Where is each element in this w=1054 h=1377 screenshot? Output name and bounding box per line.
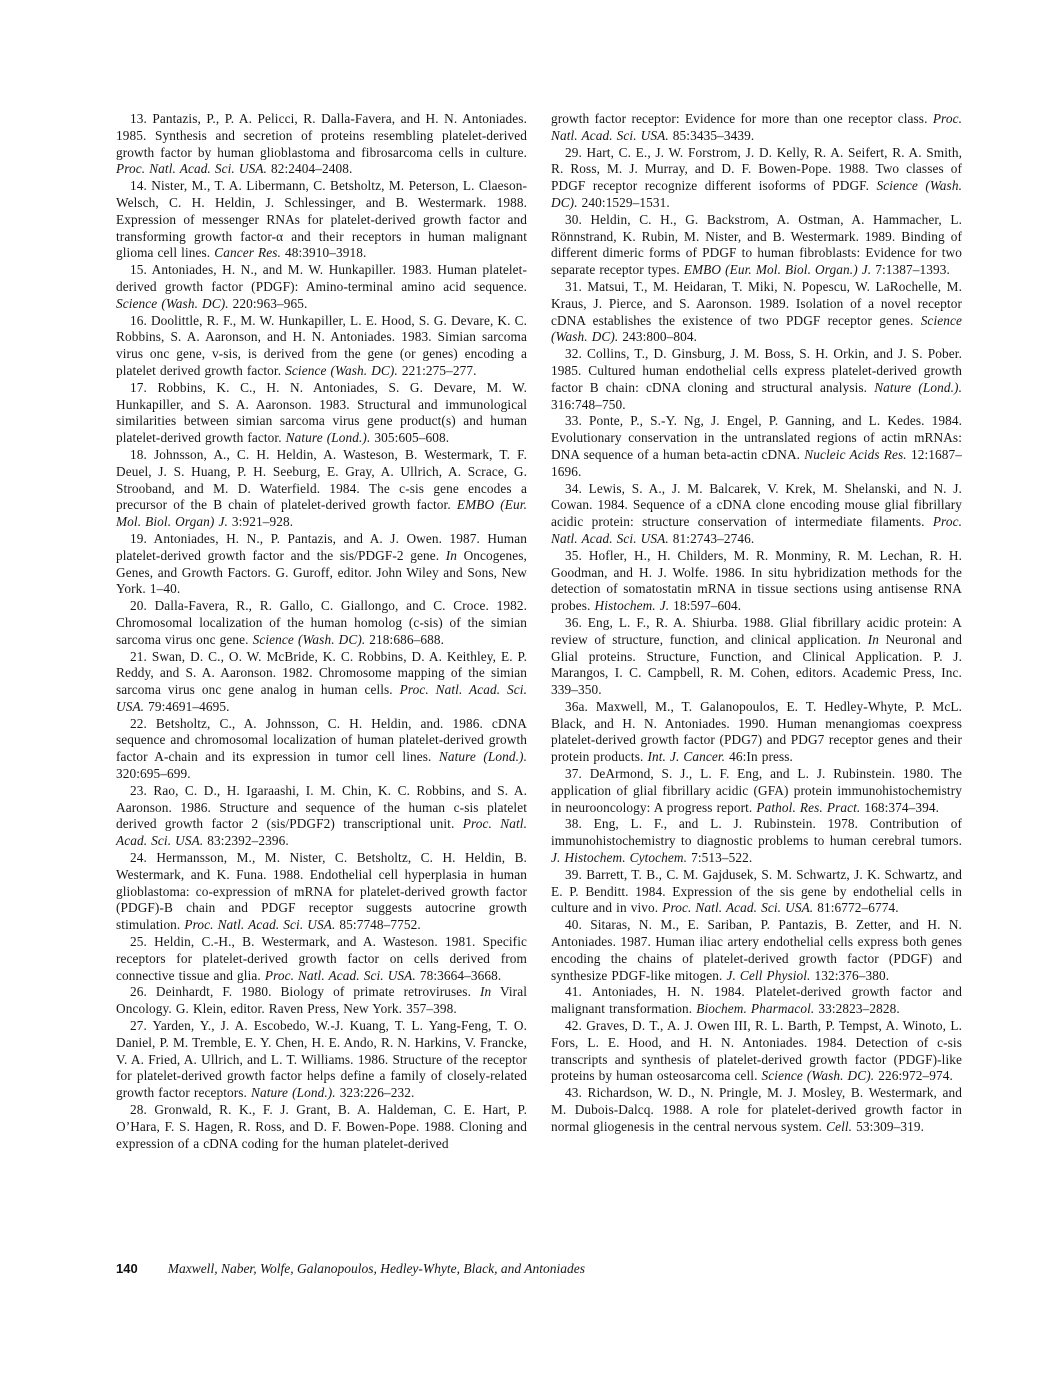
- reference-entry: 23. Rao, C. D., H. Igaraashi, I. M. Chin…: [116, 783, 527, 850]
- reference-text: 38. Eng, L. F., and L. J. Rubinstein. 19…: [551, 816, 962, 848]
- reference-entry: 26. Deinhardt, F. 1980. Biology of prima…: [116, 984, 527, 1018]
- reference-entry: 29. Hart, C. E., J. W. Forstrom, J. D. K…: [551, 145, 962, 212]
- reference-journal: Biochem. Pharmacol.: [696, 1001, 814, 1016]
- reference-journal: In: [868, 632, 879, 647]
- running-title: Maxwell, Naber, Wolfe, Galanopoulos, Hed…: [168, 1261, 585, 1276]
- reference-text: 34. Lewis, S. A., J. M. Balcarek, V. Kre…: [551, 481, 962, 530]
- reference-entry: 18. Johnsson, A., C. H. Heldin, A. Waste…: [116, 447, 527, 531]
- reference-entry: 33. Ponte, P., S.-Y. Ng, J. Engel, P. Ga…: [551, 413, 962, 480]
- reference-journal: Cell.: [826, 1119, 852, 1134]
- reference-text: 82:2404–2408.: [267, 161, 352, 176]
- reference-entry: 13. Pantazis, P., P. A. Pelicci, R. Dall…: [116, 111, 527, 178]
- reference-journal: J. Histochem. Cytochem.: [551, 850, 687, 865]
- reference-entry: 28. Gronwald, R. K., F. J. Grant, B. A. …: [116, 1102, 527, 1152]
- reference-journal: Science (Wash. DC).: [762, 1068, 875, 1083]
- reference-text: 26. Deinhardt, F. 1980. Biology of prima…: [130, 984, 480, 999]
- reference-entry: 34. Lewis, S. A., J. M. Balcarek, V. Kre…: [551, 481, 962, 548]
- reference-entry: 16. Doolittle, R. F., M. W. Hunkapiller,…: [116, 313, 527, 380]
- reference-entry: 42. Graves, D. T., A. J. Owen III, R. L.…: [551, 1018, 962, 1085]
- reference-text: 320:695–699.: [116, 766, 191, 781]
- reference-journal: Science (Wash. DC).: [116, 296, 229, 311]
- reference-text: 220:963–965.: [229, 296, 308, 311]
- reference-text: 33:2823–2828.: [814, 1001, 899, 1016]
- reference-entry: 24. Hermansson, M., M. Nister, C. Betsho…: [116, 850, 527, 934]
- reference-journal: In: [480, 984, 491, 999]
- journal-page: 13. Pantazis, P., P. A. Pelicci, R. Dall…: [0, 0, 1054, 1377]
- reference-journal: Proc. Natl. Acad. Sci. USA.: [116, 161, 267, 176]
- reference-journal: Proc. Natl. Acad. Sci. USA.: [184, 917, 335, 932]
- reference-journal: Cancer Res.: [214, 245, 281, 260]
- reference-text: 31. Matsui, T., M. Heidaran, T. Miki, N.…: [551, 279, 962, 328]
- reference-entry: 32. Collins, T., D. Ginsburg, J. M. Boss…: [551, 346, 962, 413]
- reference-text: 15. Antoniades, H. N., and M. W. Hunkapi…: [116, 262, 527, 294]
- reference-journal: Science (Wash. DC).: [285, 363, 398, 378]
- reference-entry: 17. Robbins, K. C., H. N. Antoniades, S.…: [116, 380, 527, 447]
- reference-entry: 43. Richardson, W. D., N. Pringle, M. J.…: [551, 1085, 962, 1135]
- reference-journal: Nature (Lond.).: [251, 1085, 336, 1100]
- reference-text: 79:4691–4695.: [144, 699, 229, 714]
- reference-entry: 19. Antoniades, H. N., P. Pantazis, and …: [116, 531, 527, 598]
- reference-entry: 39. Barrett, T. B., C. M. Gajdusek, S. M…: [551, 867, 962, 917]
- references-column-right: growth factor receptor: Evidence for mor…: [551, 111, 962, 1152]
- reference-text: 7:1387–1393.: [871, 262, 950, 277]
- reference-text: 81:2743–2746.: [669, 531, 754, 546]
- reference-entry: 36. Eng, L. F., R. A. Shiurba. 1988. Gli…: [551, 615, 962, 699]
- reference-entry: 20. Dalla-Favera, R., R. Gallo, C. Giall…: [116, 598, 527, 648]
- reference-entry: growth factor receptor: Evidence for mor…: [551, 111, 962, 145]
- reference-entry: 27. Yarden, Y., J. A. Escobedo, W.-J. Ku…: [116, 1018, 527, 1102]
- reference-text: 81:6772–6774.: [813, 900, 898, 915]
- reference-entry: 35. Hofler, H., H. Childers, M. R. Monmi…: [551, 548, 962, 615]
- reference-text: 221:275–277.: [398, 363, 477, 378]
- page-footer: 140Maxwell, Naber, Wolfe, Galanopoulos, …: [116, 1261, 585, 1277]
- reference-entry: 15. Antoniades, H. N., and M. W. Hunkapi…: [116, 262, 527, 312]
- reference-entry: 37. DeArmond, S. J., L. F. Eng, and L. J…: [551, 766, 962, 816]
- reference-entry: 30. Heldin, C. H., G. Backstrom, A. Ostm…: [551, 212, 962, 279]
- reference-entry: 21. Swan, D. C., O. W. McBride, K. C. Ro…: [116, 649, 527, 716]
- reference-journal: Pathol. Res. Pract.: [756, 800, 860, 815]
- reference-text: 316:748–750.: [551, 397, 626, 412]
- reference-entry: 22. Betsholtz, C., A. Johnsson, C. H. He…: [116, 716, 527, 783]
- reference-text: 18:597–604.: [669, 598, 741, 613]
- reference-text: 168:374–394.: [860, 800, 939, 815]
- reference-journal: Nature (Lond.).: [439, 749, 527, 764]
- reference-journal: Proc. Natl. Acad. Sci. USA.: [662, 900, 813, 915]
- reference-journal: Nucleic Acids Res.: [804, 447, 906, 462]
- reference-journal: In: [446, 548, 457, 563]
- references-column-left: 13. Pantazis, P., P. A. Pelicci, R. Dall…: [116, 111, 527, 1152]
- reference-text: 53:309–319.: [852, 1119, 924, 1134]
- reference-entry: 31. Matsui, T., M. Heidaran, T. Miki, N.…: [551, 279, 962, 346]
- reference-journal: Histochem. J.: [595, 598, 670, 613]
- reference-text: 83:2392–2396.: [203, 833, 288, 848]
- reference-text: 46:In press.: [725, 749, 793, 764]
- reference-journal: EMBO (Eur. Mol. Biol. Organ.) J.: [684, 262, 871, 277]
- reference-text: 48:3910–3918.: [281, 245, 366, 260]
- reference-entry: 41. Antoniades, H. N. 1984. Platelet-der…: [551, 984, 962, 1018]
- references-section: 13. Pantazis, P., P. A. Pelicci, R. Dall…: [116, 111, 962, 1152]
- reference-journal: Science (Wash. DC).: [253, 632, 366, 647]
- reference-entry: 25. Heldin, C.-H., B. Westermark, and A.…: [116, 934, 527, 984]
- reference-text: 323:226–232.: [336, 1085, 415, 1100]
- reference-journal: J. Cell Physiol.: [726, 968, 810, 983]
- reference-text: 240:1529–1531.: [578, 195, 670, 210]
- reference-text: 85:3435–3439.: [669, 128, 754, 143]
- reference-journal: Proc. Natl. Acad. Sci. USA.: [265, 968, 416, 983]
- reference-text: 13. Pantazis, P., P. A. Pelicci, R. Dall…: [116, 111, 527, 160]
- reference-journal: Nature (Lond.).: [874, 380, 962, 395]
- reference-text: 85:7748–7752.: [335, 917, 420, 932]
- reference-journal: Nature (Lond.).: [286, 430, 371, 445]
- reference-text: 3:921–928.: [228, 514, 293, 529]
- reference-text: 305:605–608.: [370, 430, 449, 445]
- reference-text: growth factor receptor: Evidence for mor…: [551, 111, 933, 126]
- reference-entry: 38. Eng, L. F., and L. J. Rubinstein. 19…: [551, 816, 962, 866]
- reference-text: 132:376–380.: [810, 968, 889, 983]
- reference-text: 78:3664–3668.: [416, 968, 501, 983]
- reference-text: 28. Gronwald, R. K., F. J. Grant, B. A. …: [116, 1102, 527, 1151]
- reference-text: 218:686–688.: [365, 632, 444, 647]
- reference-text: 243:800–804.: [618, 329, 697, 344]
- reference-entry: 14. Nister, M., T. A. Libermann, C. Bets…: [116, 178, 527, 262]
- reference-journal: Int. J. Cancer.: [647, 749, 725, 764]
- reference-text: 7:513–522.: [687, 850, 752, 865]
- reference-entry: 40. Sitaras, N. M., E. Sariban, P. Panta…: [551, 917, 962, 984]
- reference-text: 226:972–974.: [874, 1068, 953, 1083]
- page-number: 140: [116, 1261, 138, 1276]
- reference-entry: 36a. Maxwell, M., T. Galanopoulos, E. T.…: [551, 699, 962, 766]
